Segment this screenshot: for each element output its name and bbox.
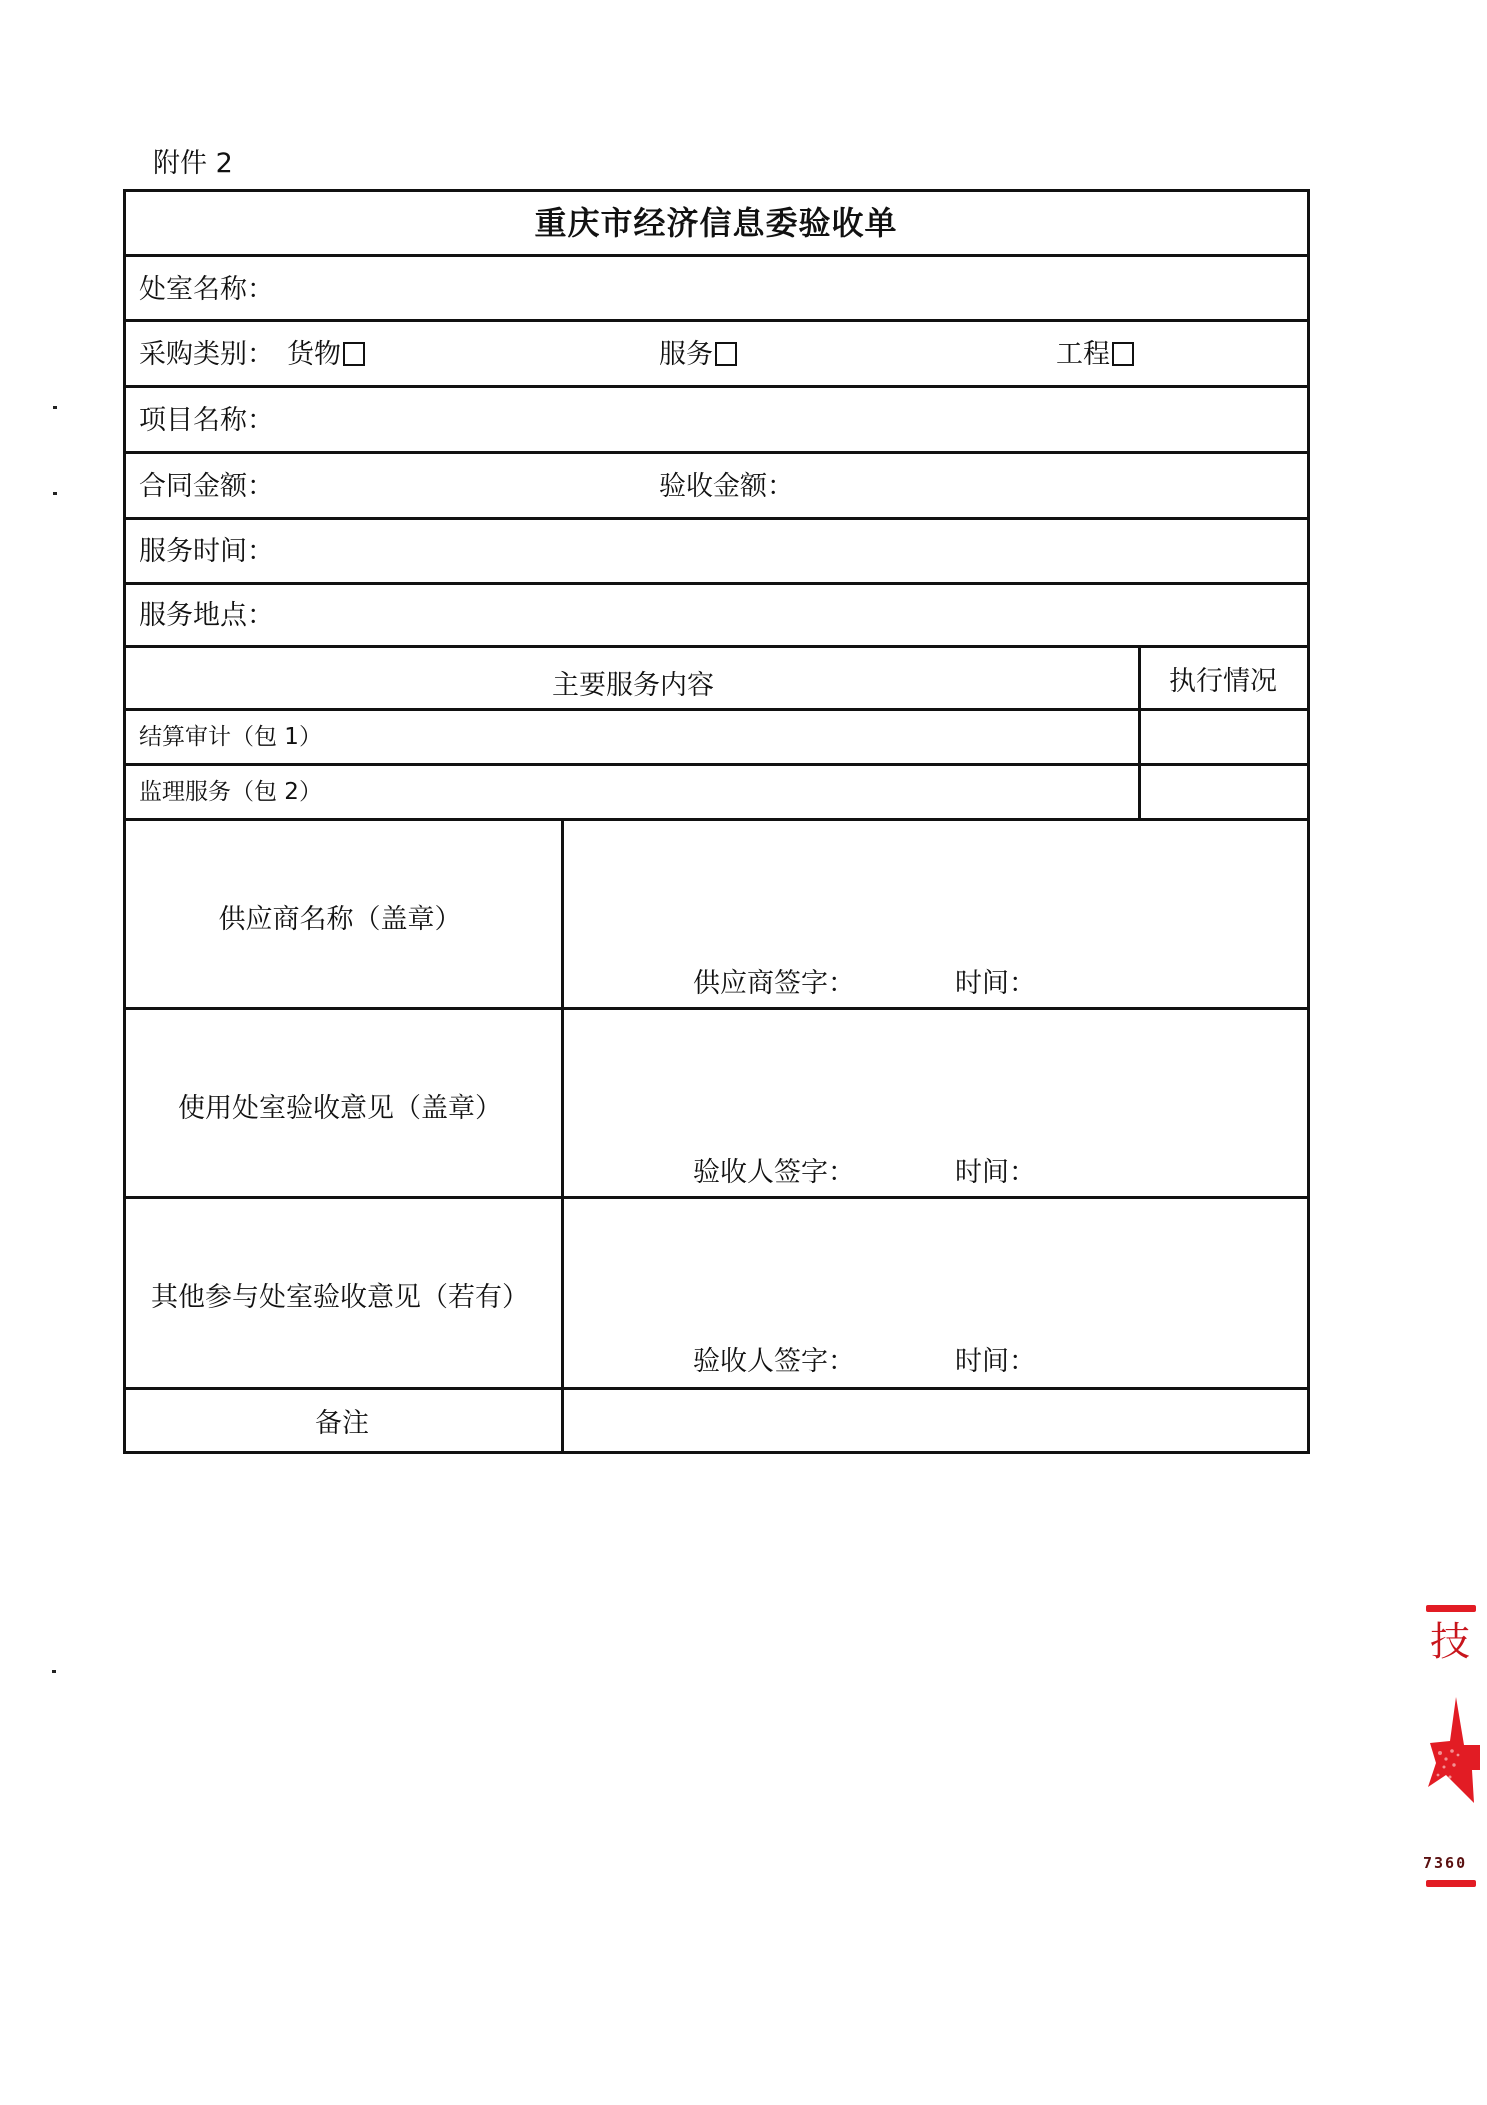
service-time-field[interactable]: [280, 521, 1305, 581]
remarks-field[interactable]: [566, 1392, 1306, 1450]
service-row-status[interactable]: [1142, 767, 1306, 817]
table-border-right: [1307, 189, 1310, 1454]
attachment-label: 附件 2: [153, 146, 233, 182]
department-label: 处室名称：: [139, 272, 274, 308]
procurement-option-service[interactable]: 服务: [659, 337, 737, 373]
scan-mark: [53, 492, 57, 495]
row-divider: [123, 582, 1310, 585]
project-name-label: 项目名称：: [139, 403, 274, 439]
department-field[interactable]: [280, 258, 1305, 318]
execution-status-header: 执行情况: [1169, 664, 1277, 700]
table-border-bottom: [123, 1451, 1310, 1454]
goods-checkbox[interactable]: [343, 342, 365, 366]
status-column-divider: [1138, 645, 1141, 821]
service-checkbox[interactable]: [715, 342, 737, 366]
row-divider: [123, 763, 1310, 766]
procurement-option-goods[interactable]: 货物: [287, 337, 365, 373]
row-divider: [123, 1387, 1310, 1390]
seal-character: 技: [1430, 1618, 1470, 1666]
project-name-field[interactable]: [280, 389, 1305, 449]
scan-mark: [53, 406, 57, 409]
department-acceptance-label: 使用处室验收意见（盖章）: [178, 1091, 502, 1127]
department-acceptance-area[interactable]: [566, 1011, 1306, 1151]
supplier-seal-area[interactable]: [566, 822, 1306, 962]
table-border-left: [123, 189, 126, 1454]
contract-amount-field[interactable]: [280, 455, 650, 515]
procurement-option-label: 服务: [659, 339, 713, 370]
acceptor-time-label: 时间：: [955, 1155, 1036, 1191]
table-border-top: [123, 189, 1310, 192]
engineering-checkbox[interactable]: [1112, 342, 1134, 366]
other-acceptor-time-label: 时间：: [955, 1344, 1036, 1380]
service-row-content: 监理服务（包 2）: [139, 777, 322, 807]
remarks-label: 备注: [315, 1406, 369, 1442]
procurement-option-label: 货物: [287, 339, 341, 370]
acceptance-amount-label: 验收金额：: [659, 469, 794, 505]
service-row-content: 结算审计（包 1）: [139, 722, 322, 752]
other-department-acceptance-label: 其他参与处室验收意见（若有）: [151, 1280, 529, 1316]
other-acceptor-signature-label: 验收人签字：: [693, 1344, 855, 1380]
contract-amount-label: 合同金额：: [139, 469, 274, 505]
row-divider: [123, 319, 1310, 322]
sign-column-divider: [561, 818, 564, 1454]
acceptor-signature-label: 验收人签字：: [693, 1155, 855, 1191]
main-service-content-header: 主要服务内容: [552, 668, 714, 704]
seal-bottom-bar: [1426, 1880, 1476, 1887]
procurement-type-label: 采购类别：: [139, 337, 274, 373]
row-divider: [123, 708, 1310, 711]
supplier-name-label: 供应商名称（盖章）: [219, 902, 462, 938]
row-divider: [123, 254, 1310, 257]
acceptance-amount-field[interactable]: [800, 455, 1305, 515]
row-divider: [123, 1196, 1310, 1199]
procurement-option-label: 工程: [1056, 339, 1110, 370]
row-divider: [123, 385, 1310, 388]
row-divider: [123, 1007, 1310, 1010]
other-department-acceptance-area[interactable]: [566, 1200, 1306, 1340]
form-title: 重庆市经济信息委验收单: [534, 203, 897, 243]
company-seal: 技 7360: [1420, 1600, 1480, 1895]
row-divider: [123, 645, 1310, 648]
supplier-signature-label: 供应商签字：: [693, 966, 855, 1002]
row-divider: [123, 451, 1310, 454]
seal-top-bar: [1426, 1605, 1476, 1612]
service-location-field[interactable]: [280, 586, 1305, 644]
supplier-time-label: 时间：: [955, 966, 1036, 1002]
procurement-option-engineering[interactable]: 工程: [1056, 337, 1134, 373]
service-time-label: 服务时间：: [139, 534, 274, 570]
star-icon: [1424, 1695, 1480, 1805]
row-divider: [123, 818, 1310, 821]
seal-number: 7360: [1423, 1854, 1467, 1872]
scan-mark: [52, 1670, 56, 1673]
service-location-label: 服务地点：: [139, 598, 274, 634]
service-row-status[interactable]: [1142, 712, 1306, 762]
row-divider: [123, 517, 1310, 520]
